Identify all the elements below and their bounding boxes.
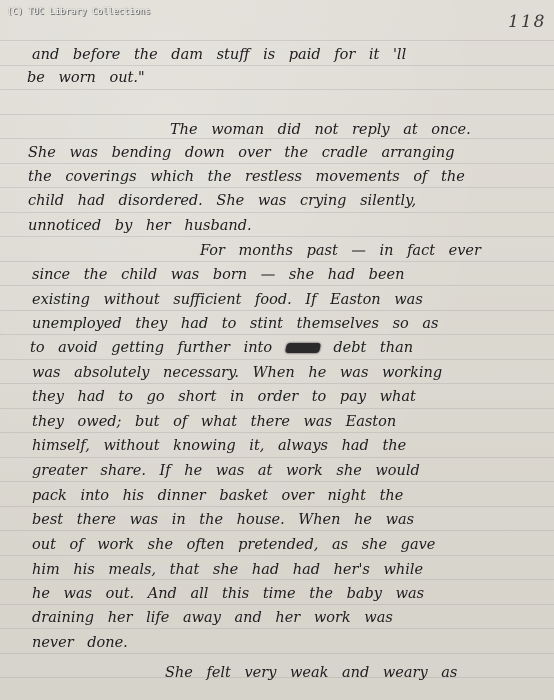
text-line: they had to go short in order to pay wha…	[32, 389, 416, 405]
ruled-line	[0, 604, 554, 605]
ruled-line	[0, 432, 554, 433]
text-line: existing without sufficient food. If Eas…	[32, 292, 423, 308]
text-line: greater share. If he was at work she wou…	[32, 463, 420, 479]
ruled-line	[0, 408, 554, 409]
text-line: best there was in the house. When he was	[32, 512, 414, 528]
ruled-line	[0, 555, 554, 556]
text-line: they owed; but of what there was Easton	[32, 414, 396, 430]
ruled-line	[0, 457, 554, 458]
text-segment: to avoid getting further into	[30, 340, 272, 356]
ruled-line	[0, 481, 554, 482]
text-line: be worn out."	[27, 70, 145, 86]
ruled-line	[0, 334, 554, 335]
ruled-line	[0, 40, 554, 41]
ruled-line	[0, 138, 554, 139]
ruled-line	[0, 310, 554, 311]
ruled-line	[0, 89, 554, 90]
ruled-line	[0, 530, 554, 531]
ruled-line	[0, 359, 554, 360]
text-segment: debt than	[333, 340, 413, 356]
paragraph-start-line: For months past — in fact ever	[200, 243, 481, 259]
text-line: he was out. And all this time the baby w…	[32, 586, 424, 602]
ruled-line	[0, 579, 554, 580]
text-line: was absolutely necessary. When he was wo…	[32, 365, 442, 381]
ruled-line	[0, 236, 554, 237]
text-line: since the child was born — she had been	[32, 267, 404, 283]
ruled-line	[0, 65, 554, 66]
ruled-line	[0, 285, 554, 286]
page-number: 118	[508, 12, 546, 32]
text-line: pack into his dinner basket over night t…	[32, 488, 403, 504]
text-line: unemployed they had to stint themselves …	[32, 316, 438, 332]
paragraph-start-line: The woman did not reply at once.	[170, 122, 471, 138]
text-line: the coverings which the restless movemen…	[28, 169, 465, 185]
text-line: to avoid getting further into debt than	[30, 340, 413, 356]
ruled-line	[0, 506, 554, 507]
ruled-line	[0, 187, 554, 188]
ruled-line	[0, 212, 554, 213]
text-line: and before the dam stuff is paid for it …	[32, 47, 406, 63]
ruled-line	[0, 628, 554, 629]
ruled-line	[0, 163, 554, 164]
text-line: out of work she often pretended, as she …	[32, 537, 435, 553]
paragraph-start-line: She felt very weak and weary as	[165, 665, 457, 681]
manuscript-page: (C) TUC Library Collections 118 and befo…	[0, 0, 554, 700]
ruled-line	[0, 114, 554, 115]
copyright-watermark: (C) TUC Library Collections	[7, 7, 151, 17]
crossed-out-word	[285, 343, 321, 353]
ruled-line	[0, 653, 554, 654]
text-line: never done.	[32, 635, 128, 651]
text-line: himself, without knowing it, always had …	[32, 438, 406, 454]
ruled-line	[0, 383, 554, 384]
text-line: She was bending down over the cradle arr…	[28, 145, 455, 161]
text-line: unnoticed by her husband.	[28, 218, 252, 234]
ruled-line	[0, 261, 554, 262]
text-line: child had disordered. She was crying sil…	[28, 193, 416, 209]
text-line: draining her life away and her work was	[32, 610, 393, 626]
text-line: him his meals, that she had had her's wh…	[32, 562, 423, 578]
